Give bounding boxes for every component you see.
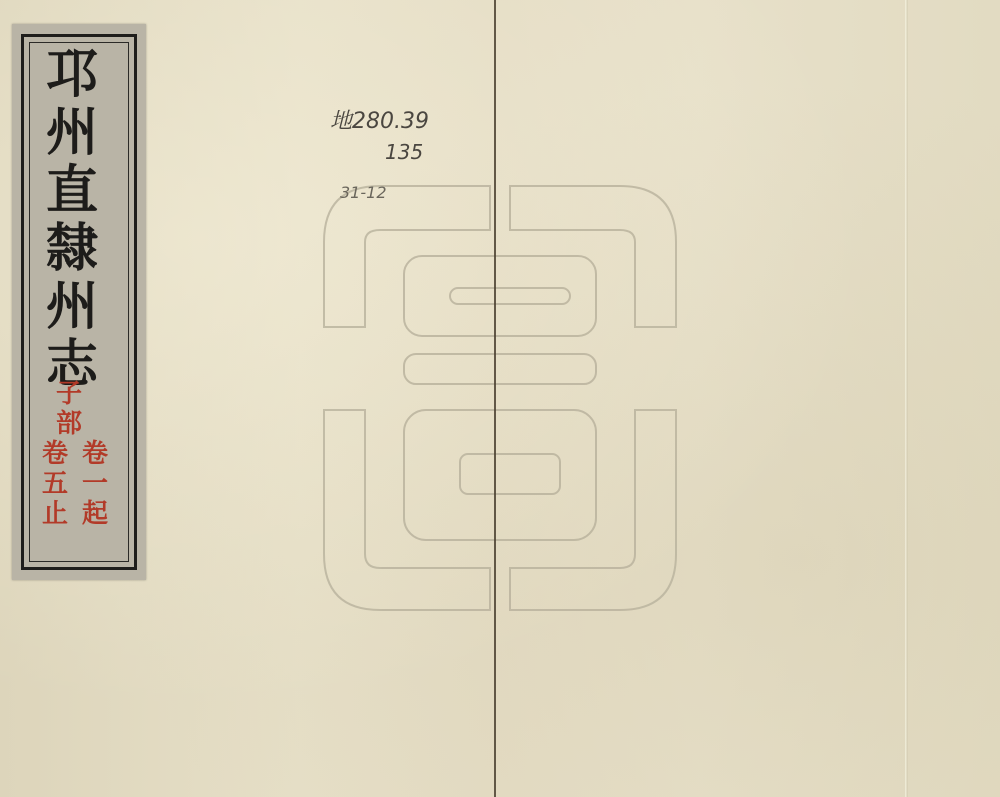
page-fold-line — [494, 0, 496, 797]
red-char: 一 — [82, 469, 108, 499]
red-char: 起 — [82, 499, 108, 529]
volume-annotation: 子 部 卷 五 止 卷 一 起 — [42, 379, 122, 539]
red-char: 部 — [56, 409, 82, 439]
catalog-number: 地280.39 — [330, 104, 429, 135]
title-char: 直 — [46, 162, 98, 220]
faint-pencil-note: 31-12 — [340, 183, 387, 202]
book-title: 邛 州 直 隸 州 志 — [32, 46, 112, 394]
red-char: 五 — [42, 469, 68, 499]
watermark-seal-icon — [310, 182, 690, 614]
section-label: 子 部 — [56, 379, 82, 439]
red-char: 卷 — [42, 439, 68, 469]
volume-start: 卷 一 起 — [82, 439, 108, 529]
red-char: 卷 — [82, 439, 108, 469]
title-label-slip: 邛 州 直 隸 州 志 子 部 卷 五 止 卷 一 起 — [12, 24, 146, 580]
catalog-subnumber: 135 — [385, 140, 423, 164]
title-char: 州 — [46, 278, 98, 336]
red-char: 止 — [42, 499, 68, 529]
title-char: 州 — [46, 104, 98, 162]
title-char: 隸 — [46, 220, 98, 278]
title-char: 邛 — [46, 46, 98, 104]
volume-end: 卷 五 止 — [42, 439, 68, 529]
page-crease — [905, 0, 908, 797]
red-char: 子 — [56, 379, 82, 409]
